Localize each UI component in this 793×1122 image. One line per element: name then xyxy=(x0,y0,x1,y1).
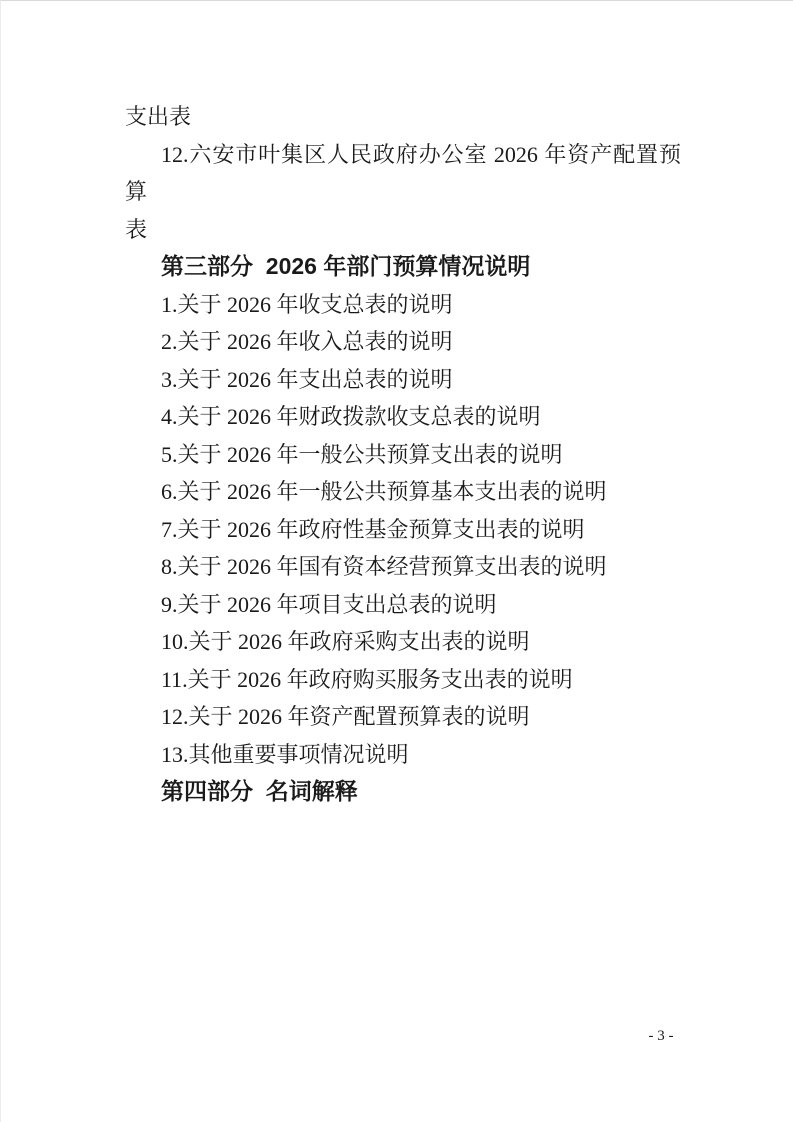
toc-line-item-6: 6.关于 2026 年一般公共预算基本支出表的说明 xyxy=(125,473,681,511)
toc-line-item-7: 7.关于 2026 年政府性基金预算支出表的说明 xyxy=(125,511,681,549)
toc-line-continuation: 支出表 xyxy=(125,98,681,136)
toc-line-item-3: 3.关于 2026 年支出总表的说明 xyxy=(125,361,681,399)
document-page: 支出表12.六安市叶集区人民政府办公室 2026 年资产配置预算表第三部分 20… xyxy=(0,0,793,1122)
toc-line-continuation: 表 xyxy=(125,211,681,249)
toc-line-item-8: 8.关于 2026 年国有资本经营预算支出表的说明 xyxy=(125,548,681,586)
toc-line-item-12-tables: 12.六安市叶集区人民政府办公室 2026 年资产配置预算 xyxy=(125,136,681,211)
toc-line-item-9: 9.关于 2026 年项目支出总表的说明 xyxy=(125,586,681,624)
toc-line-item-2: 2.关于 2026 年收入总表的说明 xyxy=(125,323,681,361)
toc-line-item-13: 13.其他重要事项情况说明 xyxy=(125,736,681,774)
page-number: - 3 - xyxy=(621,1027,701,1046)
toc-line-item-1: 1.关于 2026 年收支总表的说明 xyxy=(125,286,681,324)
toc-line-item-5: 5.关于 2026 年一般公共预算支出表的说明 xyxy=(125,436,681,474)
toc-line-item-4: 4.关于 2026 年财政拨款收支总表的说明 xyxy=(125,398,681,436)
section-heading-part3: 第三部分 2026 年部门预算情况说明 xyxy=(125,248,681,286)
section-heading-part4: 第四部分 名词解释 xyxy=(125,773,681,811)
toc-line-item-10: 10.关于 2026 年政府采购支出表的说明 xyxy=(125,623,681,661)
toc-content: 支出表12.六安市叶集区人民政府办公室 2026 年资产配置预算表第三部分 20… xyxy=(125,98,681,811)
toc-line-item-12: 12.关于 2026 年资产配置预算表的说明 xyxy=(125,698,681,736)
toc-line-item-11: 11.关于 2026 年政府购买服务支出表的说明 xyxy=(125,661,681,699)
